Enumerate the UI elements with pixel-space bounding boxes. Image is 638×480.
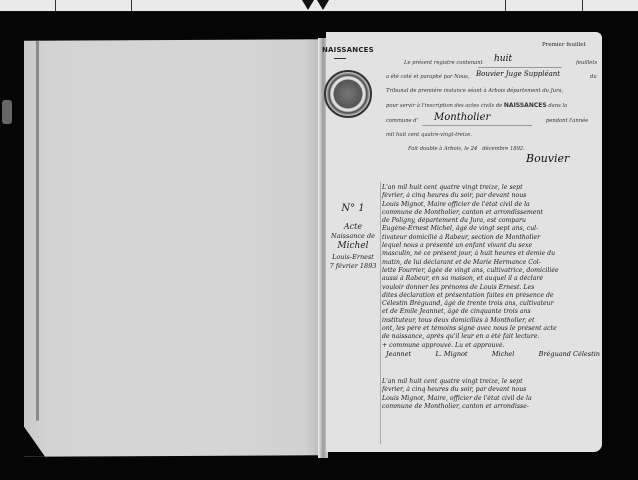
strip-divider: [55, 0, 56, 11]
act-2-text: L'an mil huit cent quatre vingt treize, …: [382, 378, 600, 411]
text-line: vouloir donner les prénoms de Louis Erne…: [382, 284, 600, 292]
text-line: L'an mil huit cent quatre vingt treize, …: [382, 184, 600, 192]
text-line: ont, les père et témoins signé avec nous…: [382, 325, 600, 333]
center-marker-icon: [317, 0, 329, 10]
printed-text: Fait double à Arbois, le: [408, 146, 469, 152]
preamble-line-1-end: feuillets: [576, 60, 597, 66]
handwritten-day: 24: [471, 146, 478, 152]
strip-divider: [505, 0, 506, 11]
preamble-dated: Fait double à Arbois, le 24 décembre 189…: [408, 146, 525, 152]
handwritten-commune: Montholier: [434, 112, 490, 123]
text-line: Célestin Bréguand, âgé de trente trois a…: [382, 300, 600, 308]
act-date: 7 février 1893: [326, 262, 380, 271]
center-marker-icon: [302, 0, 314, 10]
left-page-blank: [24, 39, 320, 457]
printed-text: décembre 1892.: [482, 146, 525, 152]
preamble-line-5-end: pendant l'année: [546, 118, 588, 124]
preamble-line-5: commune d': [386, 118, 418, 124]
handwritten-count: huit: [494, 54, 512, 64]
preamble-line-3: Tribunal de première instance séant à Ar…: [386, 88, 563, 94]
text-line: commune de Montholier, canton et arrondi…: [382, 209, 600, 217]
text-line: Louis Mignot, Maire, officier de l'état …: [382, 395, 600, 403]
text-line: dites déclaration et présentation faites…: [382, 292, 600, 300]
preamble-line-6: mil huit cent quatre-vingt-treize.: [386, 132, 472, 138]
right-page-register: NAISSANCES Premier feuillet Le présent r…: [326, 32, 602, 452]
sheet-label: Premier feuillet: [542, 42, 586, 48]
scan-top-strip: [0, 0, 638, 12]
text-line: instituteur, tous deux domiciliés à Mont…: [382, 317, 600, 325]
text-line: Eugène-Ernest Michel, âgé de vingt sept …: [382, 225, 600, 233]
torn-corner: [24, 426, 84, 456]
act-type: Acte: [326, 222, 380, 231]
act-given-names: Louis-Ernest: [326, 253, 380, 262]
text-line: lequel nous a présenté un enfant vivant …: [382, 242, 600, 250]
preamble-line-2-end: du: [590, 74, 597, 80]
act-1-text: L'an mil huit cent quatre vingt treize, …: [382, 184, 600, 350]
text-line: de Poligny, département du Jura, est com…: [382, 217, 600, 225]
preamble-line-2: a été coté et paraphé par Nous,: [386, 74, 469, 80]
signature: L. Mignot: [435, 350, 467, 358]
section-title: NAISSANCES: [322, 46, 374, 54]
margin-rule: [380, 182, 381, 444]
text-line: février, à cinq heures du soir, par deva…: [382, 192, 600, 200]
page-edge: [36, 41, 39, 421]
strip-divider: [131, 0, 132, 11]
act-number: N° 1: [326, 204, 380, 213]
title-underline: [334, 58, 346, 59]
book-cover-edge: [2, 100, 12, 124]
preamble-line-1: Le présent registre contenant: [404, 60, 483, 66]
naissances-bold: NAISSANCES: [504, 102, 547, 109]
text-line: de naissance, après qu'il leur en a été …: [382, 333, 600, 341]
fill-line: [478, 67, 562, 68]
text-line: aussi à Rabeur, en sa maison, et auquel …: [382, 275, 600, 283]
text-line: masculin, né ce présent jour, à huit heu…: [382, 250, 600, 258]
signature: Jeannet: [386, 350, 411, 358]
text-line: L'an mil huit cent quatre vingt treize, …: [382, 378, 600, 386]
fill-line: [422, 125, 532, 126]
act-surname: Michel: [326, 242, 380, 251]
text-line: et de Emile Jeannet, âgé de cinquante tr…: [382, 308, 600, 316]
printed-text: dans la: [548, 103, 567, 109]
text-line: Louis Mignot, Maire officier de l'état c…: [382, 201, 600, 209]
signature: Michel: [492, 350, 515, 358]
judge-signature: Bouvier: [526, 152, 569, 165]
signature: Bréguand Célestin: [539, 350, 600, 358]
text-line: lette Fourrier, âgée de vingt ans, culti…: [382, 267, 600, 275]
text-line: matin, de lui déclarant et de Marie Herm…: [382, 259, 600, 267]
text-line: février, à cinq heures du soir, par deva…: [382, 386, 600, 394]
handwritten-judge: Bouvier Juge Suppléant: [476, 70, 560, 78]
preamble-line-4: pour servir à l'inscription des actes ci…: [386, 102, 567, 109]
printed-text: pour servir à l'inscription des actes ci…: [386, 103, 502, 109]
act-subject: Naissance de: [326, 232, 380, 241]
republic-seal-icon: [324, 70, 372, 118]
strip-divider: [582, 0, 583, 11]
text-line: + commune approuvé. Lu et approuvé.: [382, 342, 600, 350]
text-line: tivateur domicilié à Rabeur, section de …: [382, 234, 600, 242]
printed-text: Le présent registre contenant: [404, 60, 483, 66]
text-line: commune de Montholier, canton et arrondi…: [382, 403, 600, 411]
act-1-signatures: Jeannet L. Mignot Michel Bréguand Célest…: [386, 350, 600, 358]
